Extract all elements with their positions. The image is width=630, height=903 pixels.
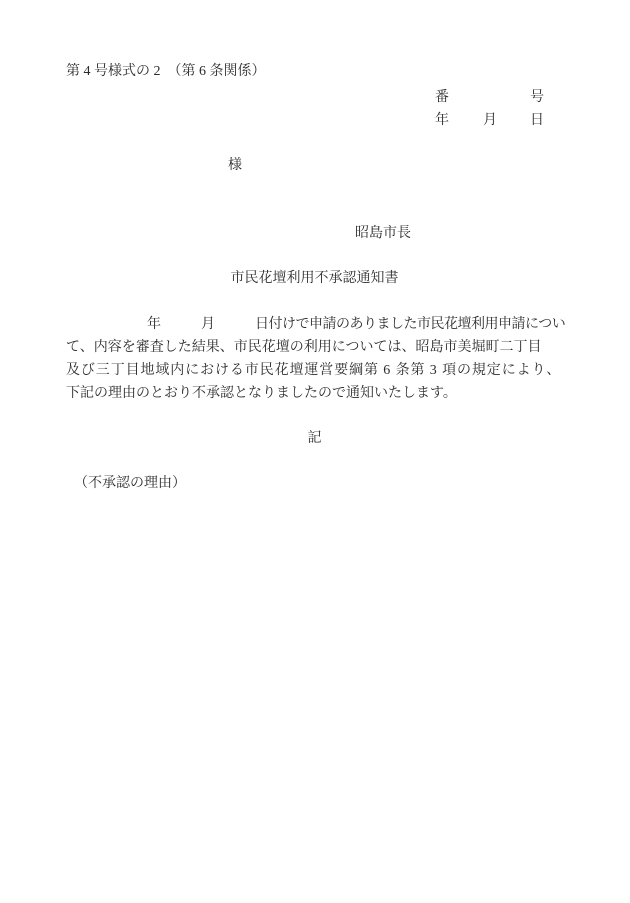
rejection-reason-label: （不承認の理由） (74, 477, 186, 491)
date-day-label: 日 (530, 114, 544, 128)
body-paragraph: 年 月 日付けで申請のありました市民花壇利用申請につい て、内容を審査した結果、… (66, 313, 591, 405)
body-line: 下記の理由のとおり不承認となりましたので通知いたします。 (66, 382, 591, 405)
form-number-label: 第 4 号様式の 2 （第 6 条関係） (66, 65, 266, 79)
body-line: 年 月 日付けで申請のありました市民花壇利用申請につい (66, 313, 591, 336)
document-page: 第 4 号様式の 2 （第 6 条関係） 番 号 年 月 日 様 昭島市長 市民… (0, 0, 630, 903)
document-title: 市民花壇利用不承認通知書 (66, 272, 563, 286)
recipient-honorific-label: 様 (228, 159, 242, 173)
date-month-label: 月 (483, 114, 497, 128)
date-year-label: 年 (435, 114, 449, 128)
section-marker: 記 (66, 432, 563, 446)
body-line: て、内容を審査した結果、市民花壇の利用については、昭島市美堀町二丁目 (66, 336, 591, 359)
body-line: 及び三丁目地域内における市民花壇運営要綱第 6 条第 3 項の規定により、 (66, 359, 591, 382)
doc-number-prefix-label: 番 (435, 91, 449, 105)
doc-number-suffix-label: 号 (530, 91, 544, 105)
sender-title-label: 昭島市長 (355, 227, 411, 241)
